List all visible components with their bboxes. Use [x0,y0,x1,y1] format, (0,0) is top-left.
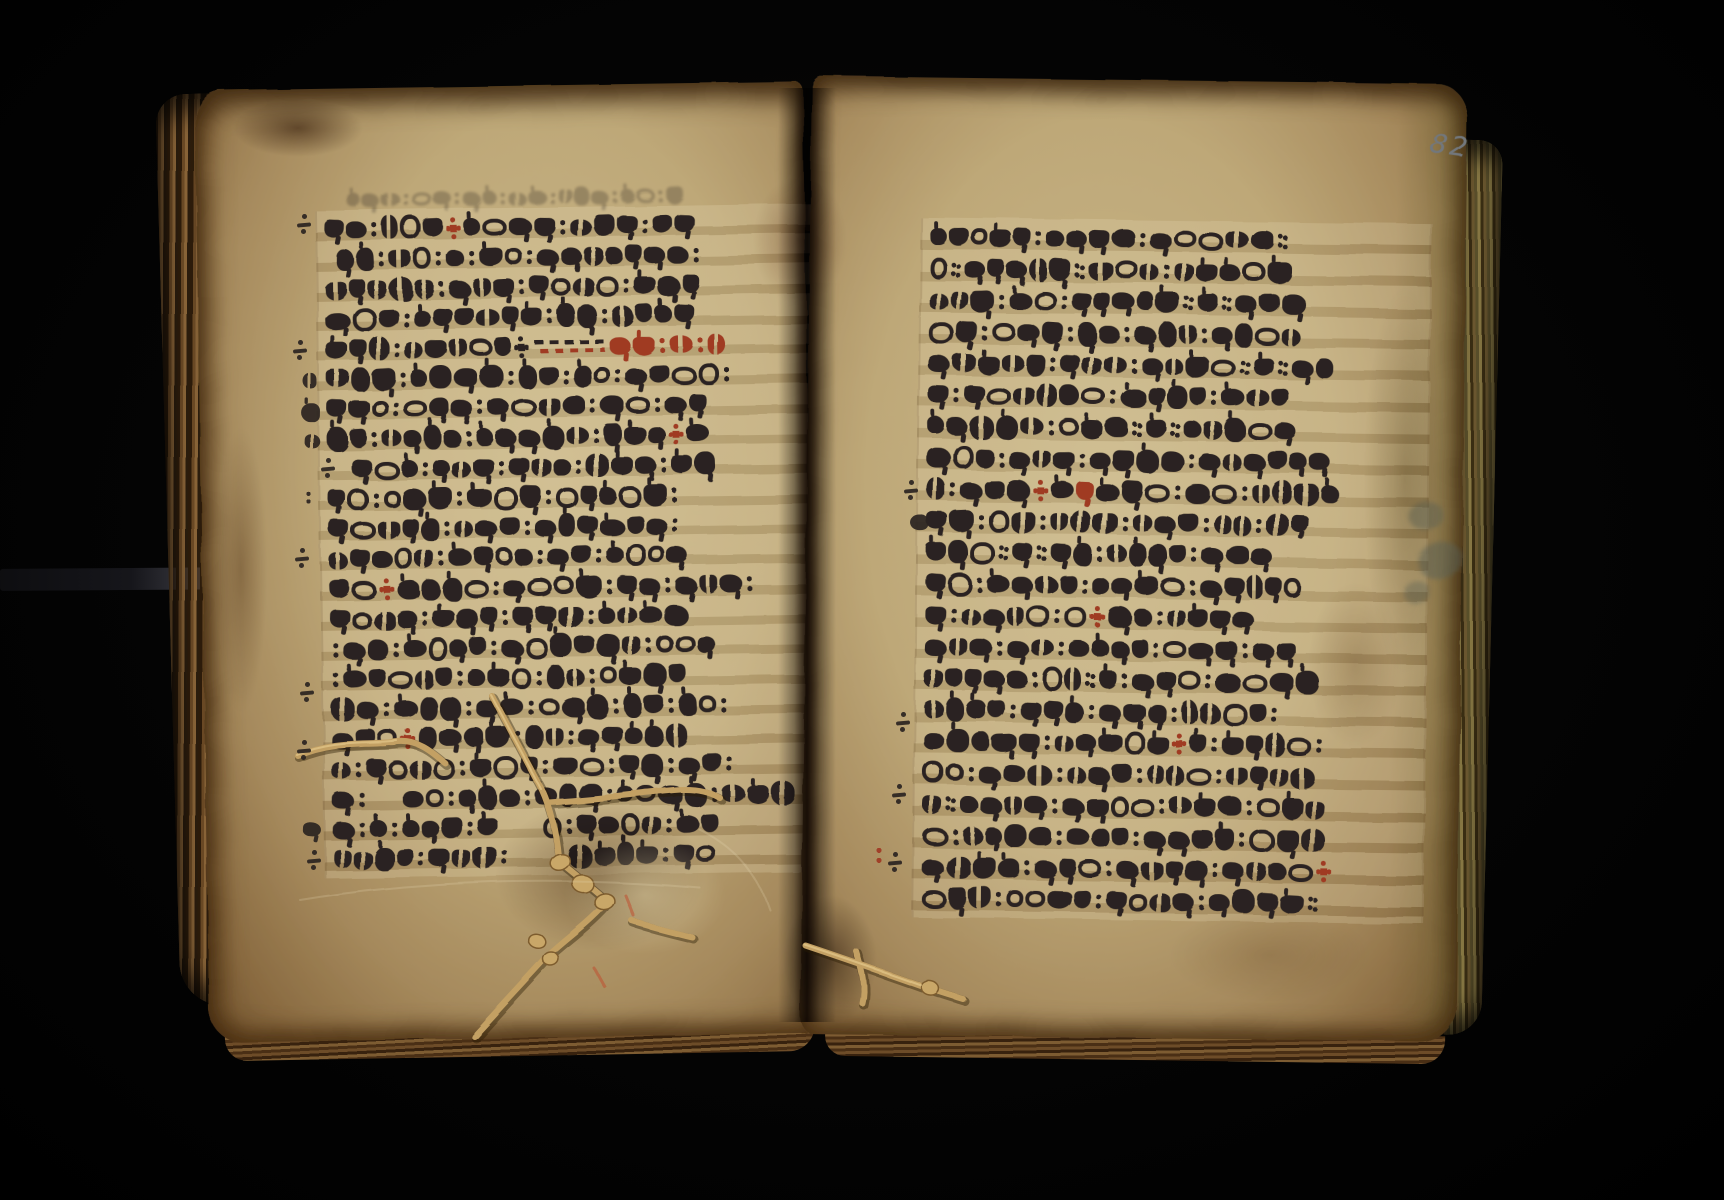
ghost-text-layer [195,81,803,91]
text-segment [923,729,1170,756]
text-segment [377,578,396,599]
page-number: 82 [1429,129,1473,165]
text-segment [921,887,1321,916]
manuscript-text-line [921,883,1433,921]
text-segment [921,824,1325,853]
text-segment [1094,480,1340,506]
text-segment [929,226,1291,253]
text-segment [326,422,667,451]
text-segment [1075,482,1094,500]
text-segment [928,320,1302,349]
text-segment [1189,732,1326,758]
left-page-text [323,207,838,875]
text-segment [325,361,733,391]
text-segment [928,257,1292,284]
left-page [195,81,818,1042]
text-segment [1314,861,1333,882]
text-segment [330,692,729,722]
text-segment [1088,607,1107,628]
right-page-text [921,221,1441,920]
text-segment [922,793,1325,821]
text-segment [922,761,1316,789]
text-segment [925,572,1302,601]
pencil-smudge [1408,501,1442,529]
text-segment [924,635,1297,663]
text-segment [332,812,719,841]
text-segment [1031,480,1050,501]
pencil-smudge [1403,581,1429,603]
text-segment [1107,606,1255,631]
text-segment [327,512,681,542]
text-segment [1170,734,1189,755]
ghost-text-line [346,186,684,211]
manuscript-photo: 82 [0,0,1724,1200]
text-segment [686,425,711,442]
text-segment [1050,482,1075,499]
text-segment [463,212,695,239]
pencil-smudge [1418,541,1462,580]
text-segment [923,698,1280,726]
text-segment [325,392,707,421]
text-segment [324,272,700,301]
text-segment [924,604,1088,629]
text-segment [444,217,463,238]
text-segment [608,332,726,357]
text-segment [327,483,681,512]
text-segment [927,383,1290,411]
text-segment [324,302,695,332]
text-segment [925,509,1309,538]
text-segment [332,842,716,872]
text-segment [330,662,687,692]
text-segment [335,242,702,271]
text-segment [927,352,1334,380]
text-segment [323,216,444,242]
text-segment [921,856,1314,884]
text-segment [923,666,1319,695]
text-segment [926,446,1332,475]
text-segment [399,728,418,749]
text-segment [667,424,686,445]
text-segment [332,780,796,811]
text-segment [925,540,1274,568]
text-segment [329,632,716,662]
rubric-ornament [534,336,604,355]
text-segment [418,722,689,750]
text-segment [328,580,377,599]
text-segment [926,414,1297,443]
text-segment [331,730,399,749]
text-segment [396,572,756,601]
right-page: 82 [800,76,1468,1042]
text-segment [329,603,689,632]
text-segment [926,478,1031,502]
text-segment [928,289,1307,317]
text-segment [350,452,717,482]
text-segment [328,543,690,572]
text-segment [324,335,530,362]
text-segment [331,751,736,781]
